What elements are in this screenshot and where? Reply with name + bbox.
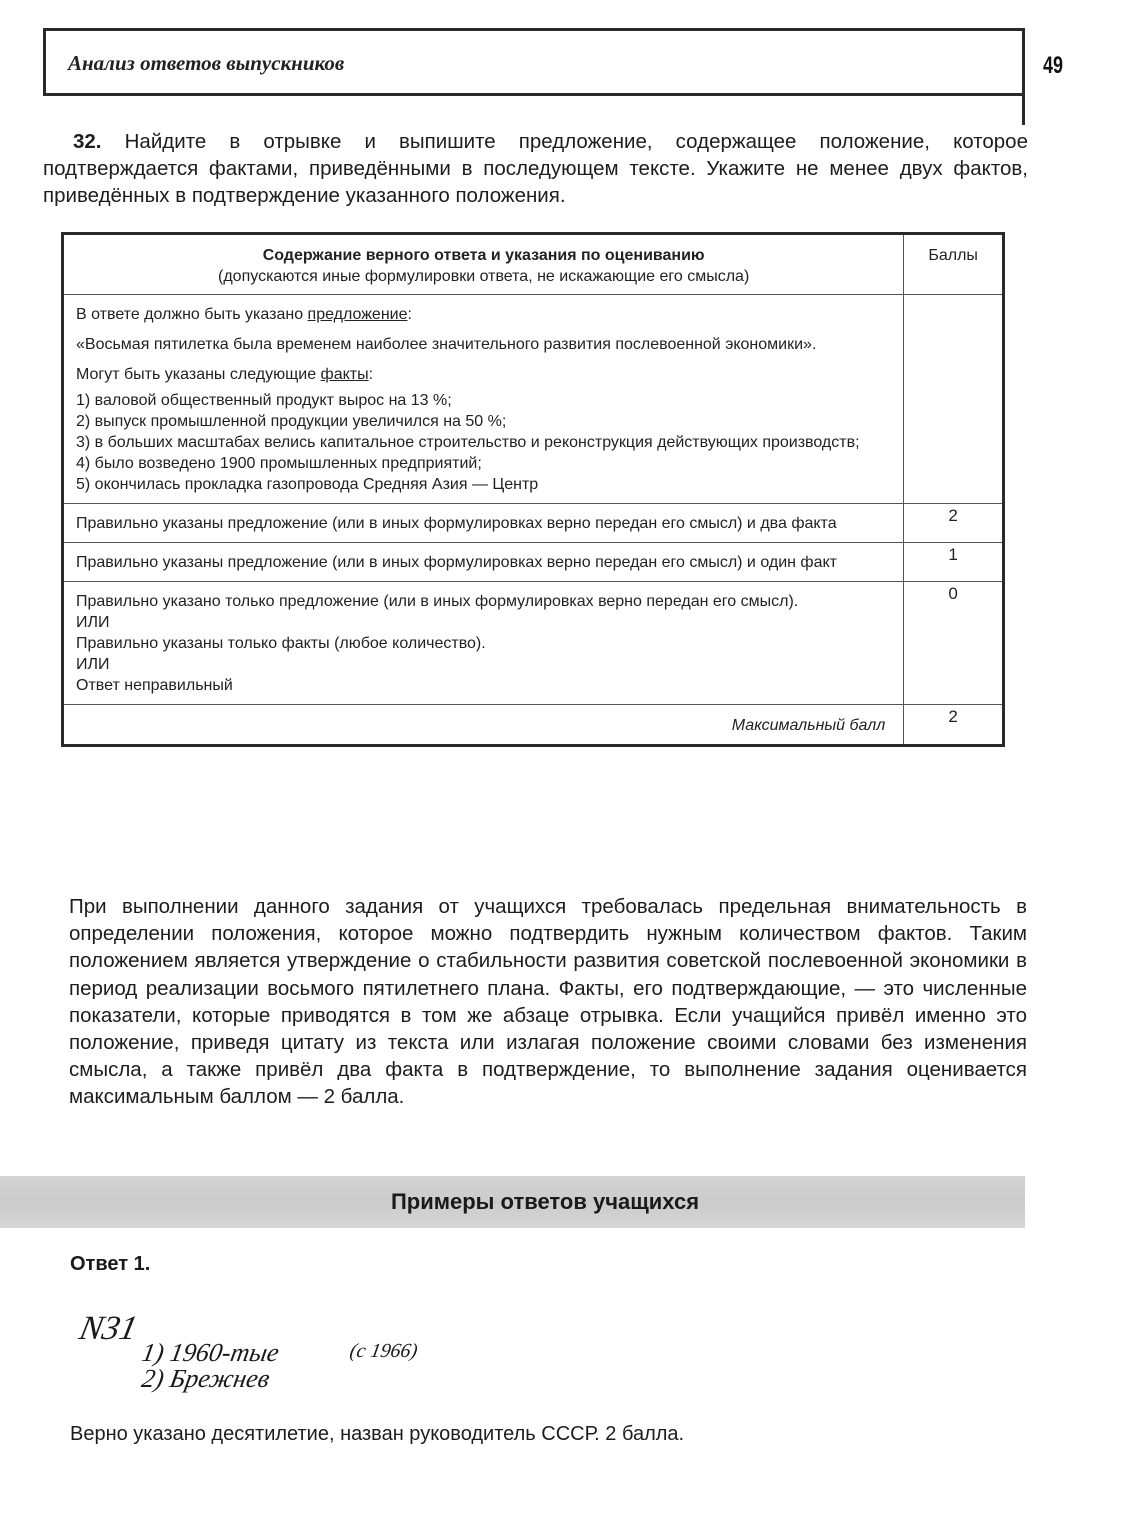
- criteria-row: Правильно указаны предложение (или в ины…: [63, 543, 1004, 582]
- question-block: 32. Найдите в отрывке и выпишите предлож…: [43, 128, 1028, 209]
- answer-sentence: «Восьмая пятилетка была временем наиболе…: [76, 334, 891, 355]
- score-cell: 1: [904, 543, 1004, 582]
- answer-label: Ответ 1.: [70, 1253, 150, 1276]
- facts-intro: Могут быть указаны следующие факты:: [76, 364, 891, 385]
- max-score-row: Максимальный балл 2: [63, 705, 1004, 746]
- analysis-paragraph: При выполнении данного задания от учащих…: [69, 893, 1027, 1111]
- answer-intro: В ответе должно быть указано предложение…: [76, 304, 891, 325]
- handwritten-line: 2) Брежнев: [139, 1364, 272, 1394]
- section-title: Примеры ответов учащихся: [0, 1189, 1090, 1215]
- criteria-text: Правильно указаны предложение (или в ины…: [63, 504, 904, 543]
- header-title: Анализ ответов выпускников: [68, 51, 344, 76]
- answer-verdict: Верно указано десятилетие, назван руково…: [70, 1423, 684, 1446]
- fact-item: 5) окончилась прокладка газопровода Сред…: [76, 474, 891, 495]
- answer-content-row: В ответе должно быть указано предложение…: [63, 295, 1004, 504]
- header-divider: [1022, 93, 1025, 125]
- score-column-header: Баллы: [904, 234, 1004, 295]
- handwritten-task-number: N31: [76, 1310, 141, 1348]
- page-number: 49: [1043, 52, 1063, 80]
- score-cell: 0: [904, 582, 1004, 705]
- section-band: Примеры ответов учащихся: [0, 1176, 1025, 1228]
- fact-item: 3) в больших масштабах велись капитально…: [76, 432, 891, 453]
- question-text: 32. Найдите в отрывке и выпишите предлож…: [43, 128, 1028, 209]
- criteria-row: Правильно указаны предложение (или в ины…: [63, 504, 1004, 543]
- table-header-row: Содержание верного ответа и указания по …: [63, 234, 1004, 295]
- handwritten-note: (с 1966): [348, 1340, 419, 1363]
- score-cell: [904, 295, 1004, 504]
- criteria-text: Правильно указаны предложение (или в ины…: [63, 543, 904, 582]
- fact-item: 2) выпуск промышленной продукции увеличи…: [76, 411, 891, 432]
- question-number: 32.: [73, 130, 102, 153]
- criteria-row-zero: Правильно указано только предложение (ил…: [63, 582, 1004, 705]
- fact-item: 4) было возведено 1900 промышленных пред…: [76, 453, 891, 474]
- max-score-label: Максимальный балл: [63, 705, 904, 746]
- score-cell: 2: [904, 504, 1004, 543]
- content-column-header: Содержание верного ответа и указания по …: [63, 234, 904, 295]
- scoring-criteria-table: Содержание верного ответа и указания по …: [61, 232, 1005, 747]
- running-header: Анализ ответов выпускников: [43, 28, 1025, 96]
- max-score-value: 2: [904, 705, 1004, 746]
- question-body: Найдите в отрывке и выпишите предложение…: [43, 130, 1028, 207]
- fact-item: 1) валовой общественный продукт вырос на…: [76, 390, 891, 411]
